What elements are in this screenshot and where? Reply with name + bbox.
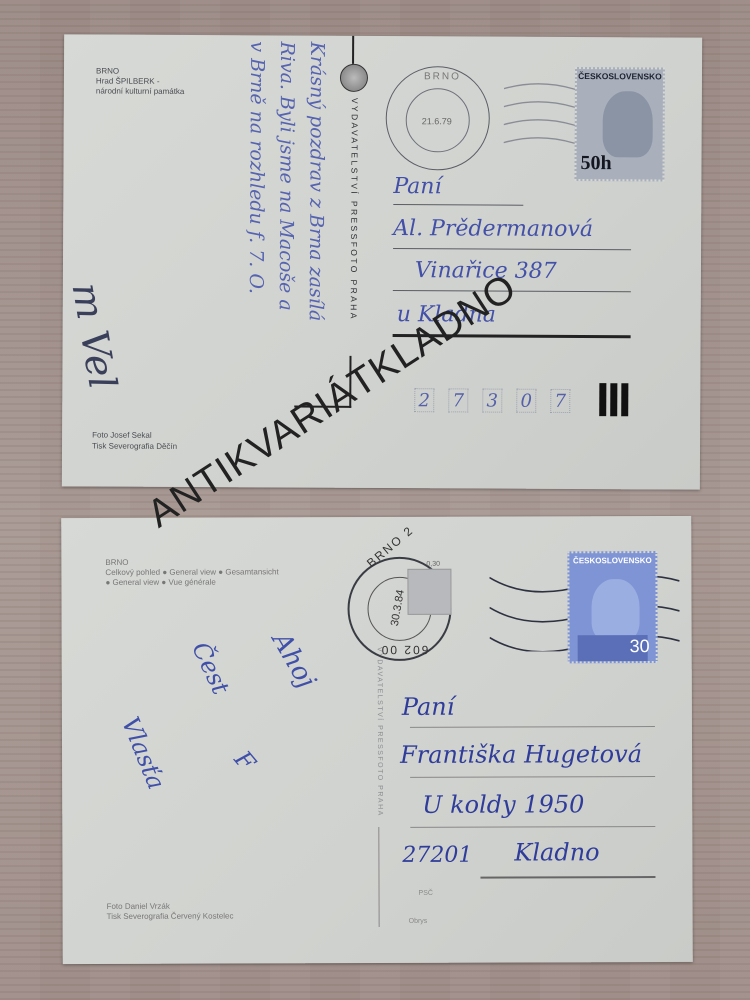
message-line-3: Vlasťa [116, 713, 170, 794]
postcard-bottom: BRNO Celkový pohled ● General view ● Ges… [61, 516, 693, 964]
psc-digit-2: 7 [448, 388, 468, 412]
address-rule-1 [393, 204, 523, 206]
stamp: ČESKOSLOVENSKO 50h [574, 67, 665, 181]
sorting-bars [599, 383, 628, 416]
stamp: ČESKOSLOVENSKO 30 [567, 551, 657, 663]
postmark-code: 602 00 [380, 645, 429, 655]
address-rule-2 [393, 248, 631, 250]
caption-city: BRNO [105, 558, 128, 568]
address-line-1: Paní [393, 174, 441, 199]
stamp-value: 30 [630, 636, 650, 657]
psc-digit-5: 7 [550, 389, 570, 413]
credit-print: Tisk Severografia Děčín [92, 441, 177, 451]
postmark-city: BRNO [424, 72, 461, 82]
psc-label: PSČ [419, 889, 433, 899]
divider-top [352, 36, 354, 64]
caption-line-2: ● General view ● Vue générale [105, 578, 215, 588]
address-rule-2 [410, 776, 655, 778]
caption-subtitle: národní kulturní památka [96, 86, 185, 96]
address-line-2: Františka Hugetová [400, 740, 642, 769]
message-line-1: Krásný pozdrav z Brna zasílá [301, 42, 332, 322]
publisher-vertical-text: VYDAVATELSTVÍ PRESSFOTO PRAHA [374, 647, 385, 817]
message-line-1: Ahoj [266, 627, 322, 693]
postcard-top: BRNO Hrad ŠPILBERK - národní kulturní pa… [62, 34, 702, 489]
divider-line [378, 827, 379, 927]
address-city: Kladno [514, 838, 599, 866]
caption-city: BRNO [96, 66, 119, 76]
address-line-2: Al. Prědermanová [393, 216, 593, 242]
stamp-portrait [591, 579, 639, 641]
stamp-country: ČESKOSLOVENSKO [577, 71, 663, 81]
address-rule-1 [410, 726, 655, 728]
caption-line-1: Celkový pohled ● General view ● Gesamtan… [105, 567, 278, 578]
signature: m Vel [64, 280, 125, 393]
postmark-date: 21.6.79 [422, 116, 452, 126]
handwritten-message: Krásný pozdrav z Brna zasílá Riva. Byli … [241, 41, 332, 321]
address-postcode: 27201 [402, 843, 472, 868]
psc-digit-3: 3 [482, 389, 502, 413]
publisher-emblem-icon [340, 64, 368, 92]
credit-photo: Foto Daniel Vrzák [107, 902, 170, 912]
message-line-4: F [229, 745, 261, 776]
imprinted-stamp: 0,30 [407, 569, 451, 615]
publisher-vertical-text: VYDAVATELSTVÍ PRESSFOTO PRAHA [349, 98, 360, 321]
psc-digit-1: 2 [414, 388, 434, 412]
obrys-label: Obrys [409, 917, 428, 927]
stamp-value: 50h [580, 152, 611, 175]
credit-print: Tisk Severografia Červený Kostelec [107, 912, 234, 922]
message-line-2: Čest [186, 638, 235, 699]
message-line-2: Riva. Byli jsme na Macoše a [271, 41, 302, 321]
caption-title: Hrad ŠPILBERK - [96, 76, 160, 86]
credit-photo: Foto Josef Sekal [92, 430, 152, 440]
message-line-3: v Brně na rozhledu f. 7. O. [241, 41, 272, 321]
address-line-3: U koldy 1950 [422, 790, 584, 819]
psc-digit-4: 0 [516, 389, 536, 413]
address-rule-4 [480, 876, 655, 879]
imprinted-stamp-value: 0,30 [426, 560, 440, 570]
address-line-1: Paní [402, 693, 455, 721]
stamp-portrait [603, 91, 653, 157]
stamp-country: ČESKOSLOVENSKO [569, 556, 655, 565]
address-rule-3 [410, 826, 655, 828]
